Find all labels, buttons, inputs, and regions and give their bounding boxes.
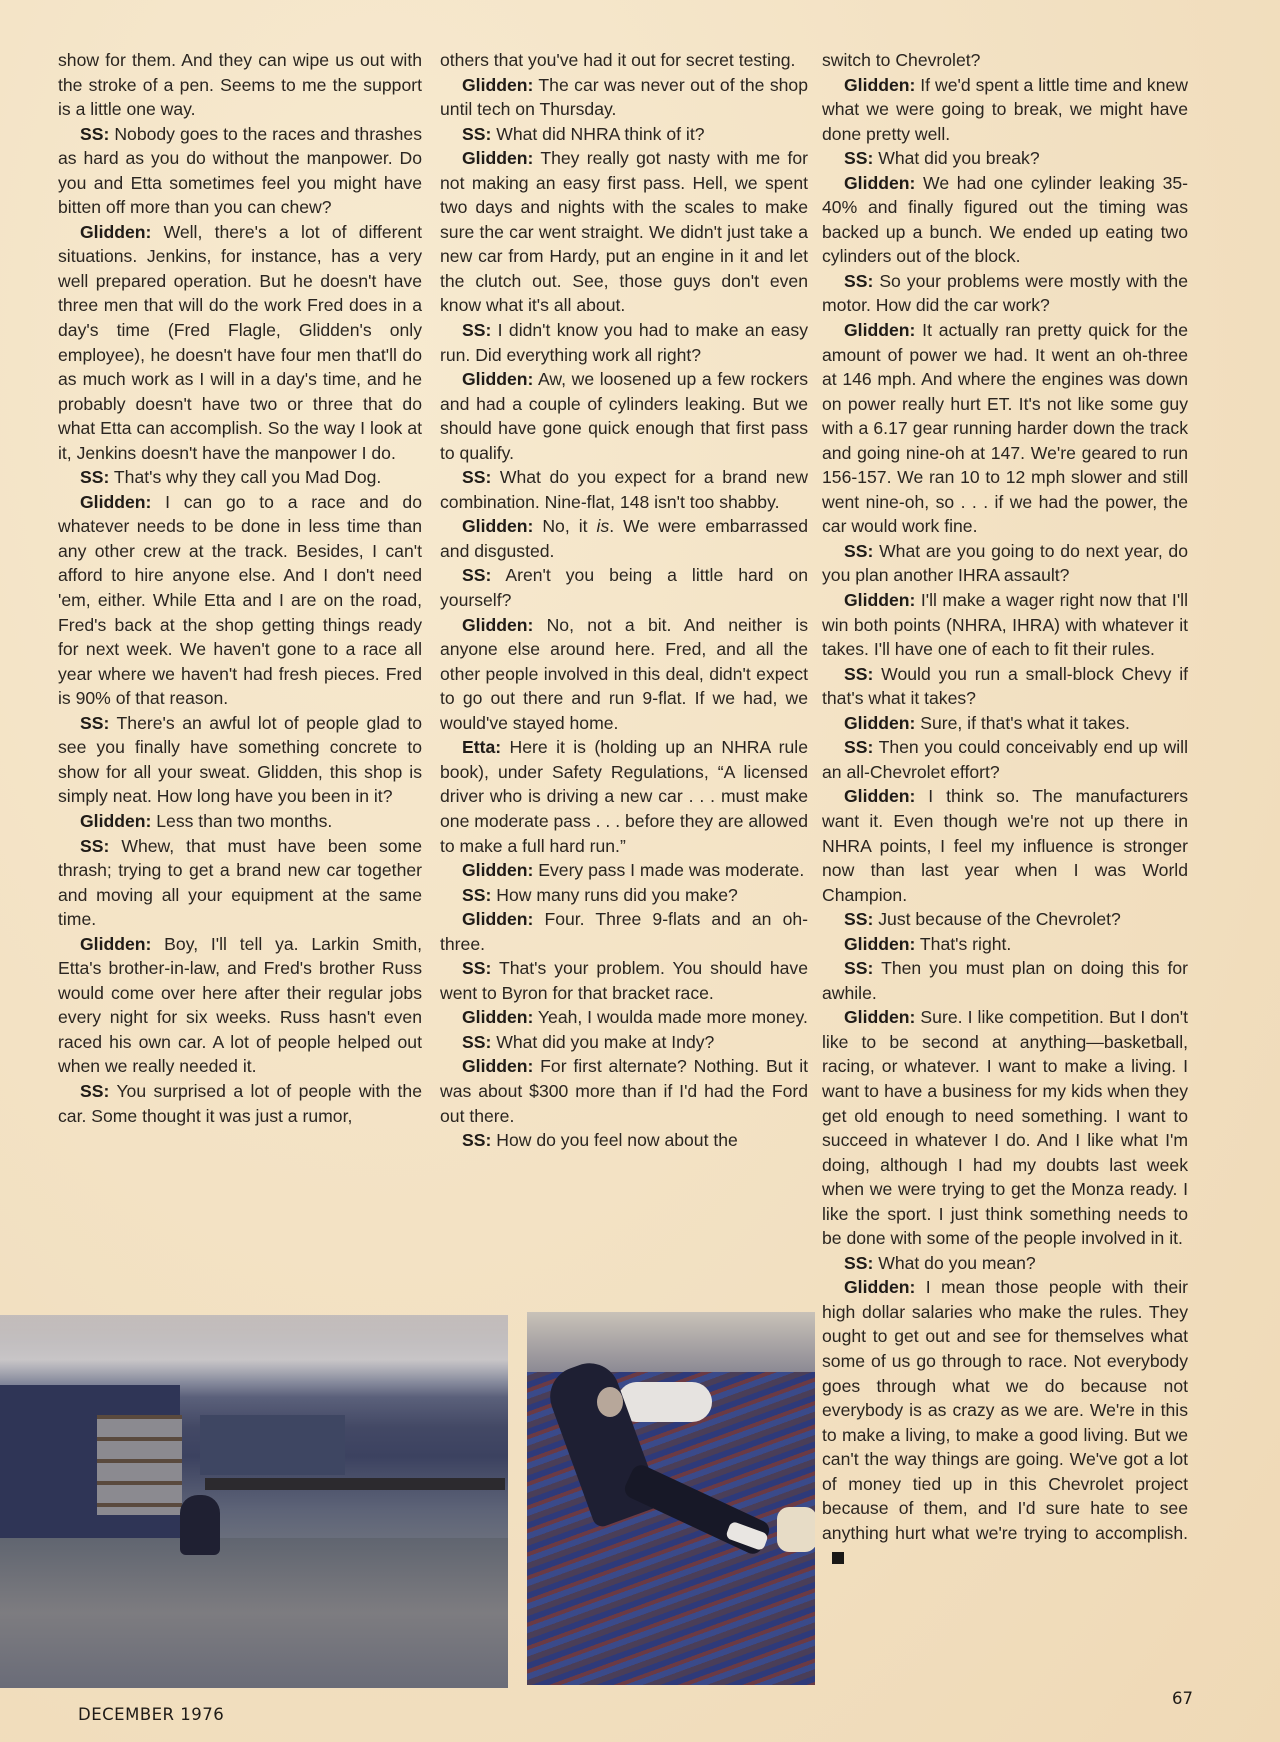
interview-paragraph: SS: Aren't you being a little hard on yo… <box>440 563 808 612</box>
speaker-label: Glidden: <box>844 75 915 95</box>
article-column-3: switch to Chevrolet?Glidden: If we'd spe… <box>822 48 1188 1570</box>
shop-interior-photo <box>0 1315 508 1688</box>
paragraph-text: switch to Chevrolet? <box>822 50 980 70</box>
interview-paragraph: Glidden: Sure, if that's what it takes. <box>822 711 1188 736</box>
interview-paragraph: Glidden: The car was never out of the sh… <box>440 73 808 122</box>
paragraph-text: No, it <box>533 516 596 536</box>
end-of-article-mark-icon <box>832 1552 844 1564</box>
interview-paragraph: SS: What did you make at Indy? <box>440 1030 808 1055</box>
interview-paragraph: SS: Just because of the Chevrolet? <box>822 907 1188 932</box>
speaker-label: SS: <box>844 541 873 561</box>
interview-paragraph: Glidden: I'll make a wager right now tha… <box>822 588 1188 662</box>
paragraph-text: Less than two months. <box>151 811 332 831</box>
speaker-label: Glidden: <box>844 320 915 340</box>
paragraph-text: What do you expect for a brand new combi… <box>440 467 808 512</box>
paragraph-text: Then you could conceivably end up will a… <box>822 737 1188 782</box>
interview-paragraph: SS: That's your problem. You should have… <box>440 956 808 1005</box>
speaker-label: Glidden: <box>80 811 151 831</box>
paragraph-text: Aren't you being a little hard on yourse… <box>440 565 808 610</box>
paragraph-text: What did NHRA think of it? <box>491 124 704 144</box>
speaker-label: Glidden: <box>462 860 533 880</box>
speaker-label: Glidden: <box>844 590 915 610</box>
emphasis-text: is <box>597 516 610 536</box>
interview-paragraph: SS: So your problems were mostly with th… <box>822 269 1188 318</box>
speaker-label: Glidden: <box>462 148 533 168</box>
speaker-label: Glidden: <box>844 1277 915 1297</box>
speaker-label: SS: <box>462 1032 491 1052</box>
paragraph-text: How many runs did you make? <box>491 885 737 905</box>
interview-paragraph: SS: That's why they call you Mad Dog. <box>58 465 422 490</box>
photo-face <box>597 1387 623 1417</box>
interview-paragraph: Glidden: I think so. The manufacturers w… <box>822 784 1188 907</box>
paragraph-text: Sure, if that's what it takes. <box>915 713 1130 733</box>
speaker-label: Glidden: <box>462 516 533 536</box>
speaker-label: Glidden: <box>844 1007 915 1027</box>
paragraph-text: What did you make at Indy? <box>491 1032 714 1052</box>
speaker-label: SS: <box>844 737 873 757</box>
interview-paragraph: SS: How do you feel now about the <box>440 1128 808 1153</box>
paragraph-text: I didn't know you had to make an easy ru… <box>440 320 808 365</box>
paragraph-text: others that you've had it out for secret… <box>440 50 795 70</box>
interview-paragraph: Glidden: It actually ran pretty quick fo… <box>822 318 1188 539</box>
paragraph-text: That's your problem. You should have wen… <box>440 958 808 1003</box>
paragraph-text: So your problems were mostly with the mo… <box>822 271 1188 316</box>
interview-paragraph: SS: What do you expect for a brand new c… <box>440 465 808 514</box>
interview-paragraph: SS: Would you run a small-block Chevy if… <box>822 662 1188 711</box>
speaker-label: Glidden: <box>844 173 915 193</box>
paragraph-text: You surprised a lot of people with the c… <box>58 1081 422 1126</box>
paragraph-text: Every pass I made was mod­erate. <box>533 860 804 880</box>
interview-paragraph: SS: Whew, that must have been some thras… <box>58 834 422 932</box>
speaker-label: SS: <box>844 271 873 291</box>
speaker-label: SS: <box>462 1130 491 1150</box>
speaker-label: Glidden: <box>844 713 915 733</box>
paragraph-text: That's why they call you Mad Dog. <box>109 467 381 487</box>
paragraph-text: Boy, I'll tell ya. Larkin Smith, Etta's … <box>58 934 422 1077</box>
paragraph-text: Nobody goes to the races and thrashes as… <box>58 124 422 218</box>
paragraph-text: They really got nasty with me for not ma… <box>440 148 808 315</box>
paragraph-text: I can go to a race and do whatever needs… <box>58 492 422 708</box>
speaker-label: Glidden: <box>80 934 151 954</box>
paragraph-text: What are you going to do next year, do y… <box>822 541 1188 586</box>
interview-paragraph: SS: What did you break? <box>822 146 1188 171</box>
page-number: 67 <box>1172 1689 1193 1708</box>
photo-tank <box>617 1382 712 1422</box>
interview-paragraph: SS: You surprised a lot of people with t… <box>58 1079 422 1128</box>
interview-paragraph: Glidden: I can go to a race and do whate… <box>58 490 422 711</box>
interview-paragraph: Glidden: If we'd spent a little time and… <box>822 73 1188 147</box>
interview-paragraph: SS: Then you must plan on doing this for… <box>822 956 1188 1005</box>
speaker-label: SS: <box>844 148 873 168</box>
photo-workbench <box>205 1478 505 1490</box>
interview-paragraph: Glidden: Four. Three 9-flats and an oh-t… <box>440 907 808 956</box>
article-column-2: others that you've had it out for secret… <box>440 48 808 1153</box>
speaker-label: Glidden: <box>462 615 533 635</box>
speaker-label: Glidden: <box>80 222 151 242</box>
paragraph-text: What did you break? <box>873 148 1039 168</box>
paragraph-text: How do you feel now about the <box>491 1130 737 1150</box>
photo-rag <box>777 1507 815 1552</box>
paragraph-text: show for them. And they can wipe us out … <box>58 50 422 119</box>
interview-paragraph: show for them. And they can wipe us out … <box>58 48 422 122</box>
photo-floor <box>0 1538 508 1688</box>
speaker-label: Glidden: <box>844 934 915 954</box>
speaker-label: SS: <box>462 885 491 905</box>
speaker-label: SS: <box>462 467 491 487</box>
interview-paragraph: switch to Chevrolet? <box>822 48 1188 73</box>
interview-paragraph: others that you've had it out for secret… <box>440 48 808 73</box>
interview-paragraph: Glidden: No, not a bit. And neither is a… <box>440 613 808 736</box>
interview-paragraph: Glidden: Sure. I like competition. But I… <box>822 1005 1188 1250</box>
speaker-label: Glidden: <box>844 786 915 806</box>
paragraph-text: That's right. <box>915 934 1011 954</box>
speaker-label: SS: <box>462 958 491 978</box>
interview-paragraph: Glidden: They really got nasty with me f… <box>440 146 808 318</box>
interview-paragraph: Glidden: Well, there's a lot of differen… <box>58 220 422 465</box>
paragraph-text: Just because of the Chevrolet? <box>873 909 1120 929</box>
speaker-label: SS: <box>844 1253 873 1273</box>
interview-paragraph: SS: There's an awful lot of people glad … <box>58 711 422 809</box>
interview-paragraph: Glidden: Every pass I made was mod­erate… <box>440 858 808 883</box>
interview-paragraph: Glidden: Boy, I'll tell ya. Larkin Smith… <box>58 932 422 1079</box>
interview-paragraph: Glidden: No, it is. We were embarras­sed… <box>440 514 808 563</box>
paragraph-text: Yeah, I woulda made more money. <box>533 1007 808 1027</box>
speaker-label: SS: <box>80 1081 109 1101</box>
photo-pegboard <box>200 1415 345 1475</box>
paragraph-text: Well, there's a lot of different situati… <box>58 222 422 463</box>
interview-paragraph: Glidden: I mean those people with their … <box>822 1275 1188 1570</box>
speaker-label: Etta: <box>462 737 501 757</box>
paragraph-text: What do you mean? <box>873 1253 1035 1273</box>
speaker-label: Glidden: <box>462 1007 533 1027</box>
paragraph-text: Sure. I like competition. But I don't li… <box>822 1007 1188 1248</box>
photo-crouching-person <box>180 1495 220 1555</box>
paragraph-text: Whew, that must have been some thrash; t… <box>58 836 422 930</box>
paragraph-text: There's an awful lot of people glad to s… <box>58 713 422 807</box>
interview-paragraph: Glidden: That's right. <box>822 932 1188 957</box>
interview-paragraph: SS: I didn't know you had to make an eas… <box>440 318 808 367</box>
speaker-label: Glidden: <box>462 369 533 389</box>
speaker-label: SS: <box>462 565 491 585</box>
interview-paragraph: SS: What did NHRA think of it? <box>440 122 808 147</box>
speaker-label: SS: <box>844 958 873 978</box>
interview-paragraph: Glidden: For first alternate? Nothing. B… <box>440 1054 808 1128</box>
paragraph-text: Then you must plan on doing this for awh… <box>822 958 1188 1003</box>
interview-paragraph: SS: How many runs did you make? <box>440 883 808 908</box>
paragraph-text: I mean those people with their high doll… <box>822 1277 1188 1542</box>
speaker-label: Glidden: <box>462 75 533 95</box>
interview-paragraph: Glidden: We had one cylinder leaking 35-… <box>822 171 1188 269</box>
article-column-1: show for them. And they can wipe us out … <box>58 48 422 1128</box>
interview-paragraph: Glidden: Yeah, I woulda made more money. <box>440 1005 808 1030</box>
interview-paragraph: SS: What are you going to do next year, … <box>822 539 1188 588</box>
speaker-label: Glidden: <box>462 1056 533 1076</box>
interview-paragraph: SS: Then you could conceivably end up wi… <box>822 735 1188 784</box>
person-on-floor-photo <box>527 1312 815 1685</box>
speaker-label: SS: <box>80 124 109 144</box>
interview-paragraph: SS: What do you mean? <box>822 1251 1188 1276</box>
speaker-label: SS: <box>80 713 109 733</box>
issue-date: DECEMBER 1976 <box>78 1705 224 1724</box>
interview-paragraph: SS: Nobody goes to the races and thrashe… <box>58 122 422 220</box>
speaker-label: SS: <box>80 467 109 487</box>
photo-background <box>527 1312 815 1372</box>
photo-parts-shelf <box>97 1415 182 1515</box>
paragraph-text: It actually ran pretty quick for the amo… <box>822 320 1188 536</box>
speaker-label: SS: <box>844 664 873 684</box>
paragraph-text: Would you run a small-block Chevy if tha… <box>822 664 1188 709</box>
speaker-label: SS: <box>844 909 873 929</box>
interview-paragraph: Glidden: Aw, we loosened up a few rocker… <box>440 367 808 465</box>
speaker-label: Glidden: <box>80 492 151 512</box>
speaker-label: Glidden: <box>462 909 533 929</box>
interview-paragraph: Etta: Here it is (holding up an NHRA rul… <box>440 735 808 858</box>
speaker-label: SS: <box>80 836 109 856</box>
speaker-label: SS: <box>462 320 491 340</box>
interview-paragraph: Glidden: Less than two months. <box>58 809 422 834</box>
speaker-label: SS: <box>462 124 491 144</box>
